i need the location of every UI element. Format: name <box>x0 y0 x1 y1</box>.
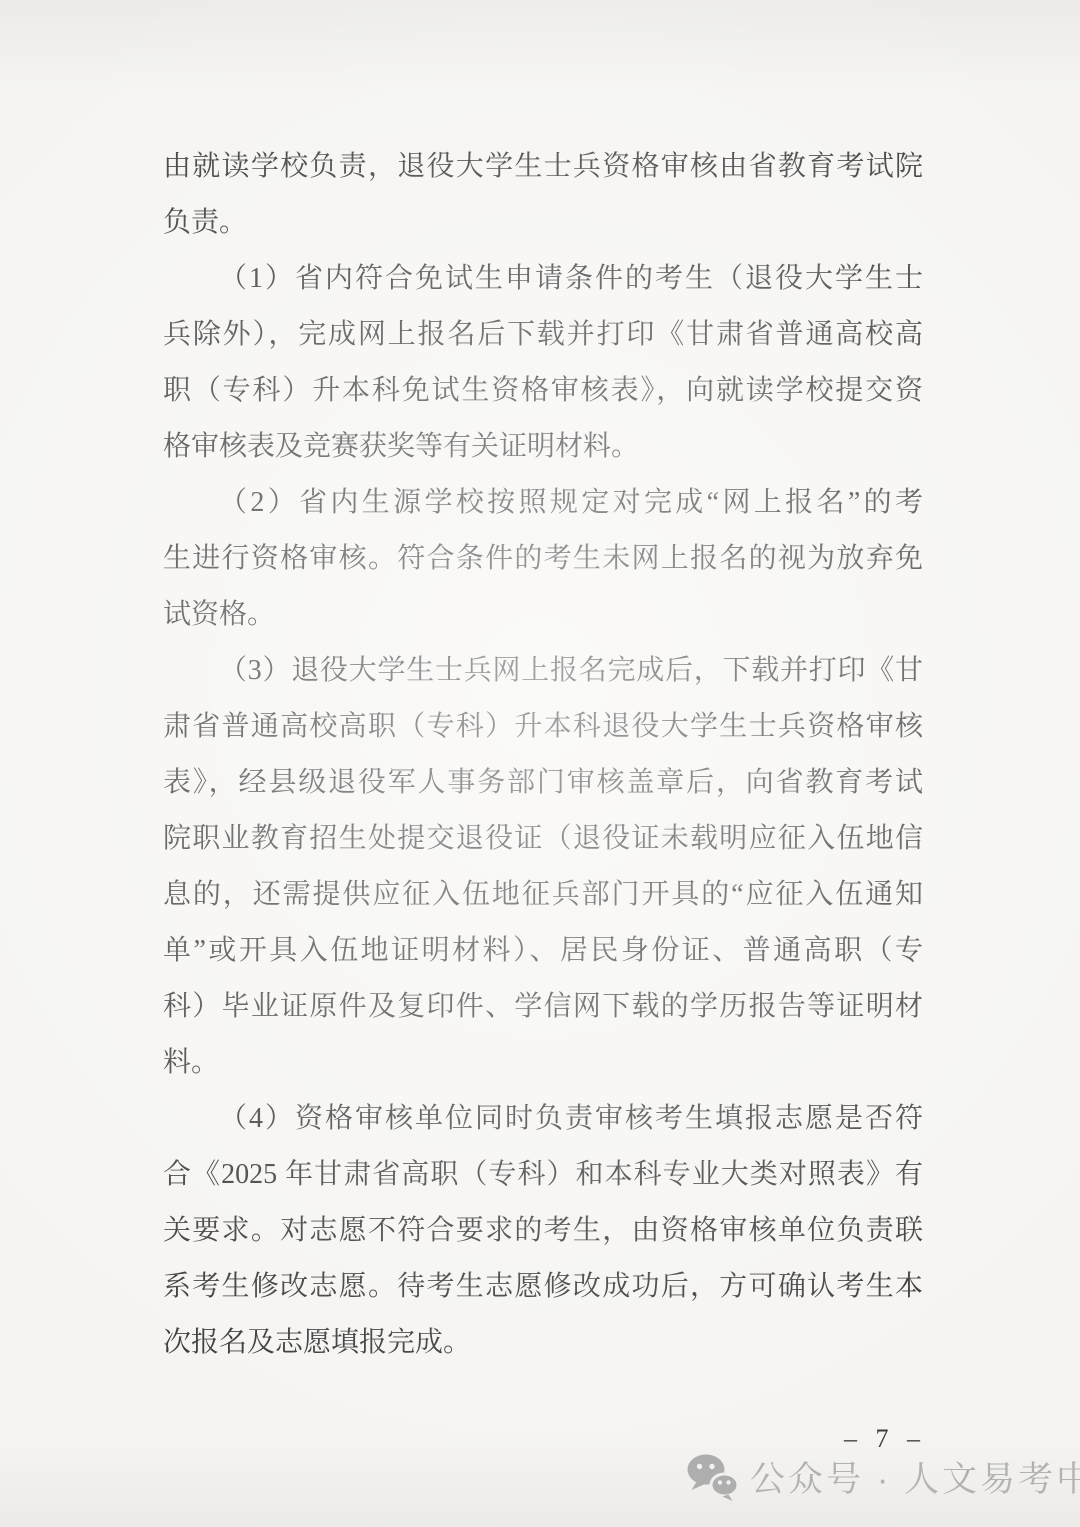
text-line: 兵除外），完成网上报名后下载并打印《甘肃省普通高校高 <box>163 307 923 363</box>
text-line: 关要求。对志愿不符合要求的考生，由资格审核单位负责联 <box>163 1203 923 1259</box>
watermark-text: 公众号 · 人文易考中心 <box>750 1452 1080 1502</box>
text-line: 科）毕业证原件及复印件、学信网下载的学历报告等证明材 <box>163 979 923 1035</box>
text-line: 料。 <box>163 1035 923 1091</box>
text-line: 负责。 <box>163 195 923 251</box>
text-line: 试资格。 <box>163 587 923 643</box>
text-line: 肃省普通高校高职（专科）升本科退役大学生士兵资格审核 <box>163 699 923 755</box>
text-line: （1）省内符合免试生申请条件的考生（退役大学生士 <box>163 251 923 307</box>
text-line: 院职业教育招生处提交退役证（退役证未载明应征入伍地信 <box>163 811 923 867</box>
page-number: – 7 – <box>830 1424 940 1454</box>
text-line: 生进行资格审核。符合条件的考生未网上报名的视为放弃免 <box>163 531 923 587</box>
text-line: 职（专科）升本科免试生资格审核表》，向就读学校提交资 <box>163 363 923 419</box>
text-line: （4）资格审核单位同时负责审核考生填报志愿是否符 <box>163 1091 923 1147</box>
text-line: 格审核表及竞赛获奖等有关证明材料。 <box>163 419 923 475</box>
watermark: 公众号 · 人文易考中心 <box>686 1452 1080 1502</box>
text-line: 单”或开具入伍地证明材料）、居民身份证、普通高职（专 <box>163 923 923 979</box>
text-line: （3）退役大学生士兵网上报名完成后，下载并打印《甘 <box>163 643 923 699</box>
document-page: 由就读学校负责，退役大学生士兵资格审核由省教育考试院 负责。 （1）省内符合免试… <box>0 0 1080 1527</box>
text-line: 由就读学校负责，退役大学生士兵资格审核由省教育考试院 <box>163 139 923 195</box>
text-line: 系考生修改志愿。待考生志愿修改成功后，方可确认考生本 <box>163 1259 923 1315</box>
text-line: 合《2025 年甘肃省高职（专科）和本科专业大类对照表》有 <box>163 1147 923 1203</box>
wechat-icon <box>686 1453 740 1501</box>
text-line: 次报名及志愿填报完成。 <box>163 1315 923 1371</box>
text-line: 息的，还需提供应征入伍地征兵部门开具的“应征入伍通知 <box>163 867 923 923</box>
text-line: 表》，经县级退役军人事务部门审核盖章后，向省教育考试 <box>163 755 923 811</box>
document-body: 由就读学校负责，退役大学生士兵资格审核由省教育考试院 负责。 （1）省内符合免试… <box>163 139 923 1371</box>
text-line: （2）省内生源学校按照规定对完成“网上报名”的考 <box>163 475 923 531</box>
